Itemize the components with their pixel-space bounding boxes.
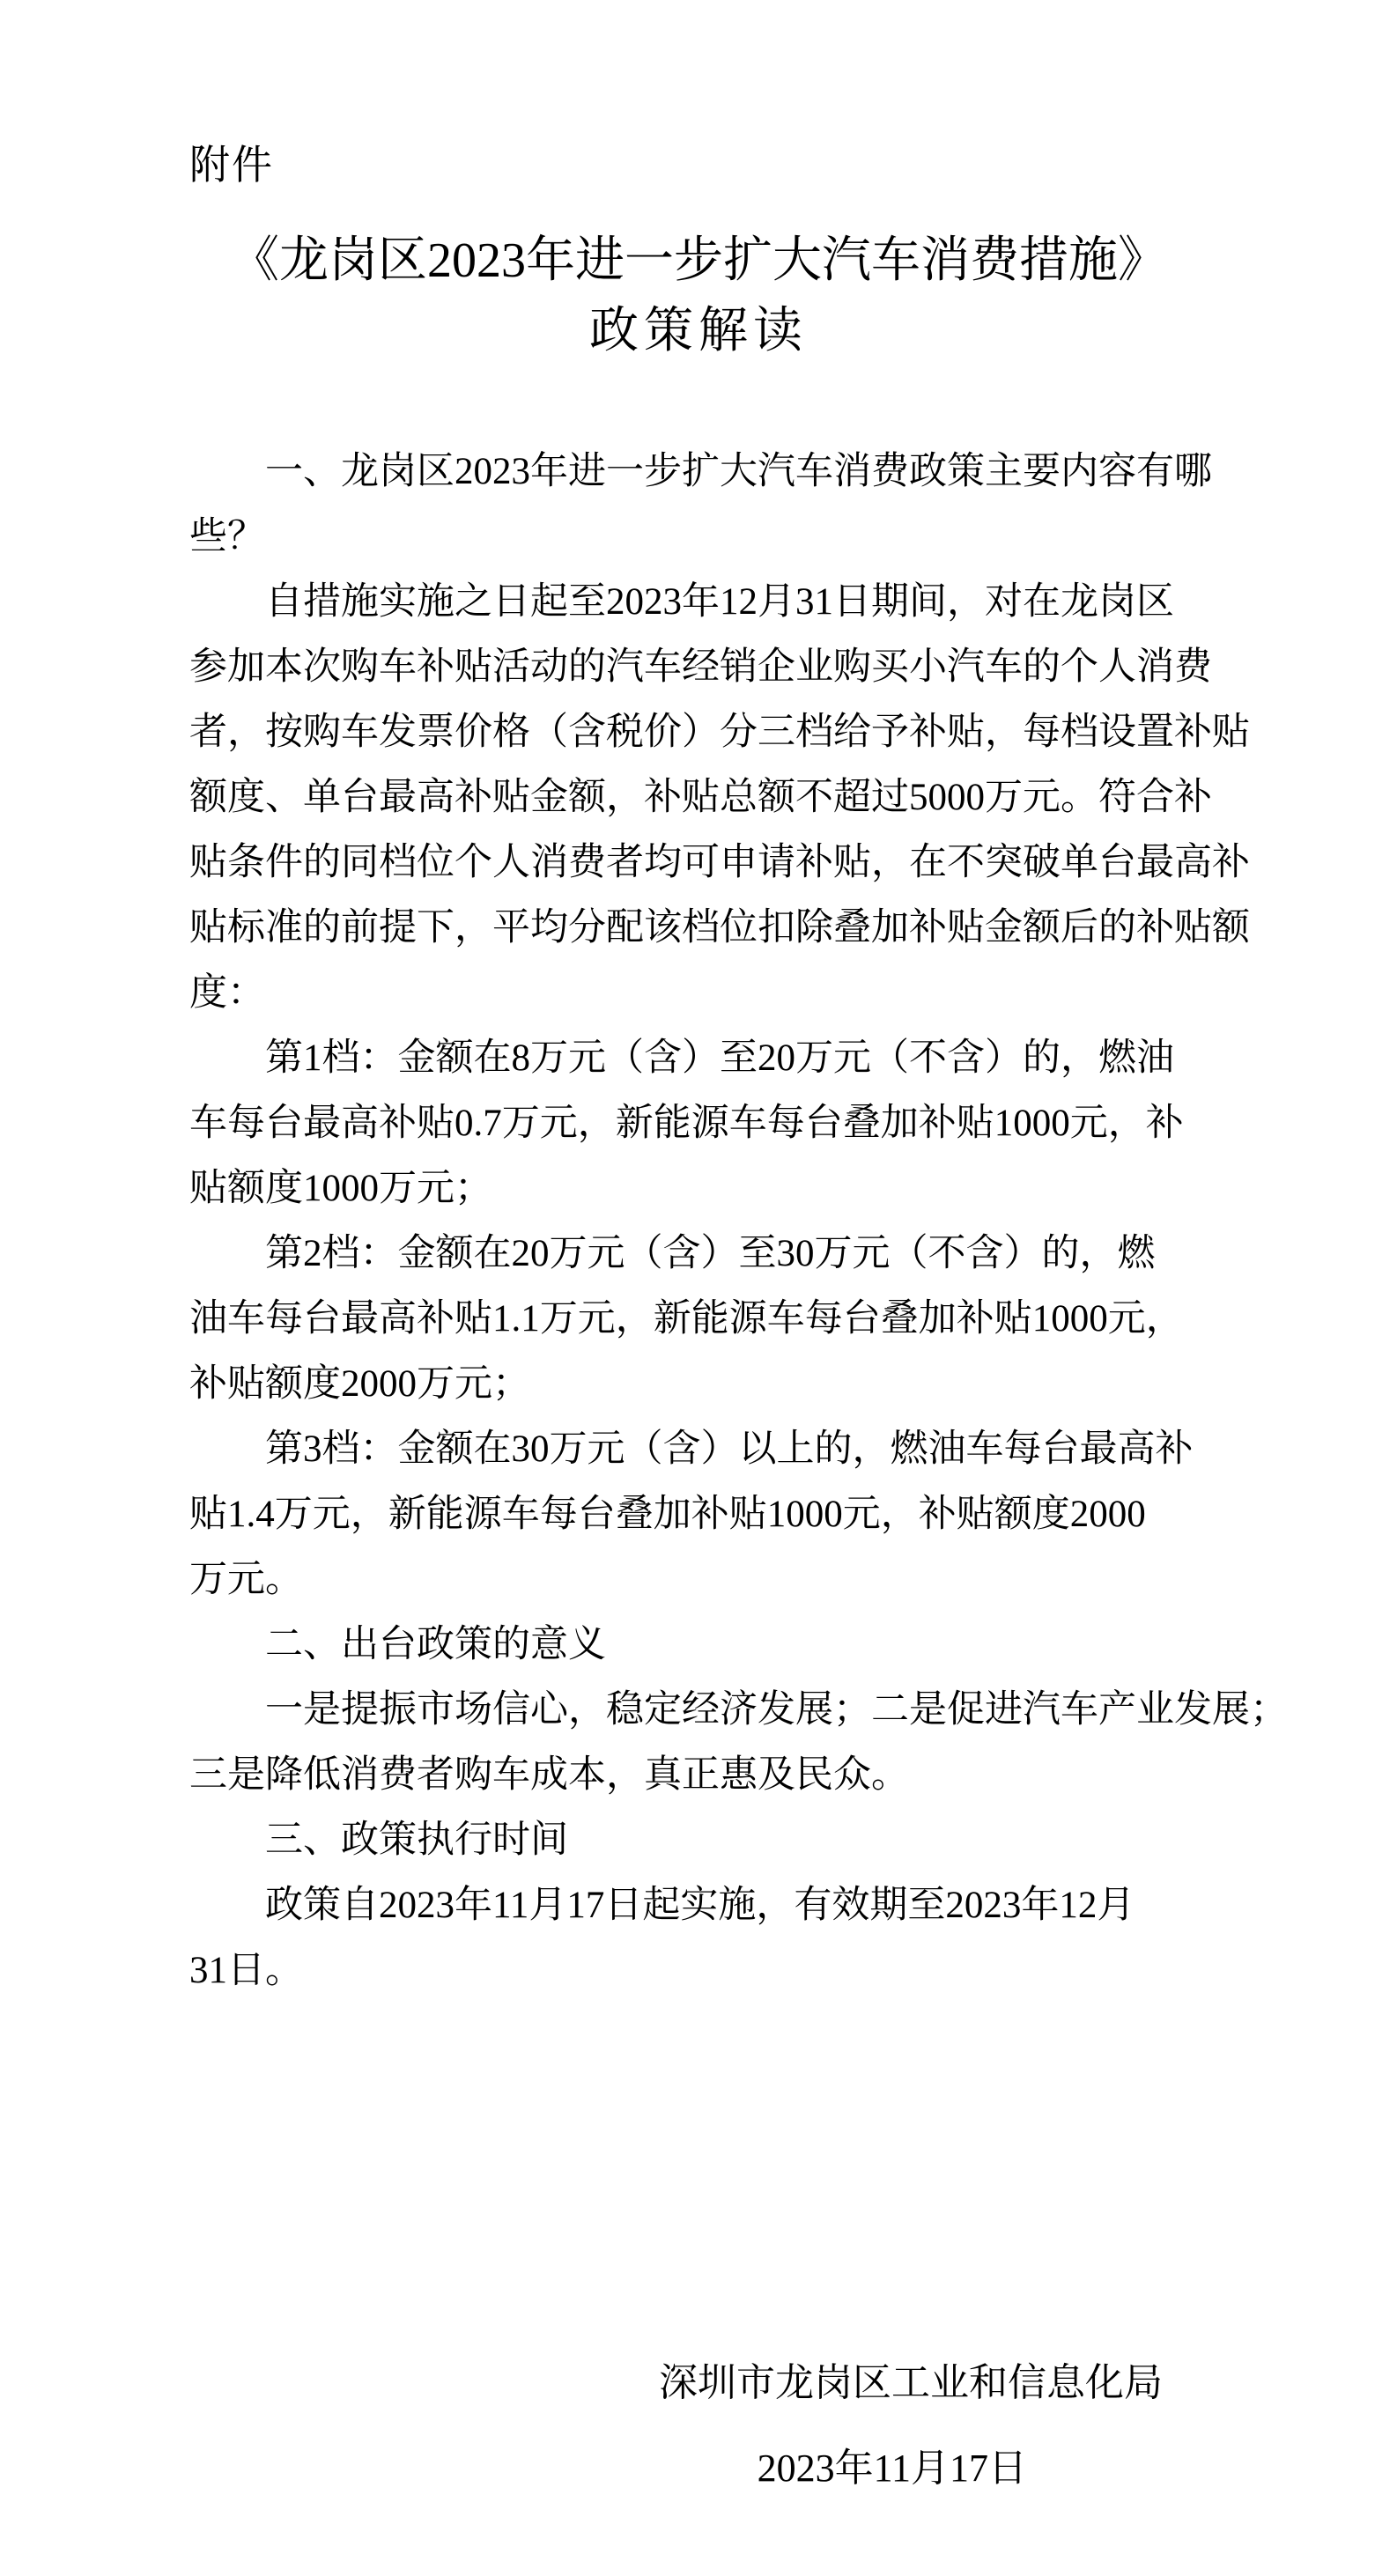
body-line: 第2档：金额在20万元（含）至30万元（不含）的，燃 xyxy=(189,1222,1290,1287)
signature-org: 深圳市龙岗区工业和信息化局 xyxy=(659,2360,1163,2407)
body-line: 一、龙岗区2023年进一步扩大汽车消费政策主要内容有哪 xyxy=(189,439,1290,505)
body-line: 31日。 xyxy=(189,1938,1290,2004)
body-line: 自措施实施之日起至2023年12月31日期间，对在龙岗区 xyxy=(189,570,1290,635)
body-line: 补贴额度2000万元； xyxy=(189,1352,1290,1417)
body-line: 第3档：金额在30万元（含）以上的，燃油车每台最高补 xyxy=(189,1417,1290,1482)
body-line: 三、政策执行时间 xyxy=(189,1808,1290,1873)
body-line: 油车每台最高补贴1.1万元，新能源车每台叠加补贴1000元， xyxy=(189,1287,1290,1352)
body-line: 一是提振市场信心，稳定经济发展；二是促进汽车产业发展； xyxy=(189,1678,1290,1743)
body-line: 第1档：金额在8万元（含）至20万元（不含）的，燃油 xyxy=(189,1026,1290,1091)
signature-date: 2023年11月17日 xyxy=(758,2446,1027,2492)
body-line: 政策自2023年11月17日起实施，有效期至2023年12月 xyxy=(189,1873,1290,1938)
body-line: 参加本次购车补贴活动的汽车经销企业购买小汽车的个人消费 xyxy=(189,635,1290,700)
body-line: 车每台最高补贴0.7万元，新能源车每台叠加补贴1000元，补 xyxy=(189,1091,1290,1156)
body-line: 贴标准的前提下，平均分配该档位扣除叠加补贴金额后的补贴额 xyxy=(189,896,1290,961)
document-title-line2: 政策解读 xyxy=(0,303,1397,359)
body-line: 度： xyxy=(189,961,1290,1026)
body-line: 额度、单台最高补贴金额，补贴总额不超过5000万元。符合补 xyxy=(189,765,1290,830)
document-body: 一、龙岗区2023年进一步扩大汽车消费政策主要内容有哪些？自措施实施之日起至20… xyxy=(189,439,1290,2004)
body-line: 万元。 xyxy=(189,1547,1290,1613)
document-title-line1: 《龙岗区2023年进一步扩大汽车消费措施》 xyxy=(0,233,1397,289)
body-line: 三是降低消费者购车成本，真正惠及民众。 xyxy=(189,1743,1290,1808)
document-page: 附件 《龙岗区2023年进一步扩大汽车消费措施》 政策解读 一、龙岗区2023年… xyxy=(0,0,1397,2576)
body-line: 贴条件的同档位个人消费者均可申请补贴，在不突破单台最高补 xyxy=(189,830,1290,896)
body-line: 贴额度1000万元； xyxy=(189,1156,1290,1222)
body-line: 者，按购车发票价格（含税价）分三档给予补贴，每档设置补贴 xyxy=(189,700,1290,765)
body-line: 贴1.4万元，新能源车每台叠加补贴1000元，补贴额度2000 xyxy=(189,1482,1290,1547)
attachment-label: 附件 xyxy=(189,143,274,189)
body-line: 些？ xyxy=(189,505,1290,570)
body-line: 二、出台政策的意义 xyxy=(189,1613,1290,1678)
